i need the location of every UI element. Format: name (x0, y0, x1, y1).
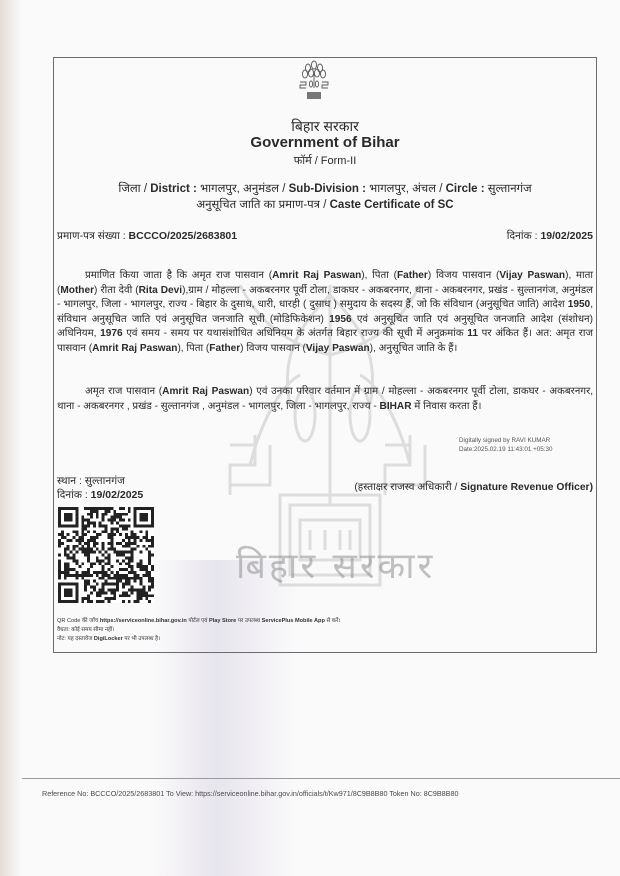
certificate-number-label: प्रमाण-पत्र संख्या : (57, 230, 129, 242)
note-text: पोर्टल एवं (187, 618, 209, 624)
certificate-type-hindi: अनुसूचित जाति का प्रमाण-पत्र / (196, 199, 329, 211)
form-label: फॉर्म / Form-II (53, 153, 597, 168)
location-line: जिला / District : भागलपुर, अनुमंडल / Sub… (53, 181, 597, 196)
app-name: ServicePlus Mobile App (262, 618, 325, 624)
circle-label-en: Circle : (446, 183, 485, 195)
signature-officer-label: (हस्ताक्षर राजस्व अधिकारी / Signature Re… (354, 480, 593, 494)
certificate-type-english: Caste Certificate of SC (330, 199, 454, 211)
district-label-en: District : (150, 183, 197, 195)
qr-verification-note: QR Code की जाँच https://serviceonline.bi… (57, 617, 340, 625)
digital-signature-date: Date:2025.02.19 11:43:01 +05:30 (459, 446, 553, 455)
subdivision-label-hi: अनुमंडल / (243, 183, 289, 195)
certification-paragraph: प्रमाणित किया जाता है कि अमृत राज पासवान… (57, 269, 593, 357)
issue-date-value: 19/02/2025 (540, 230, 593, 242)
place-label: स्थान : (57, 475, 85, 487)
place-value: सुल्तानगंज (85, 475, 125, 487)
district-label-hi: जिला / (118, 183, 150, 195)
qr-code-icon[interactable] (58, 507, 154, 603)
circle-value: सुल्तानगंज (485, 183, 532, 195)
subdivision-label-en: Sub-Division : (289, 183, 366, 195)
govt-title-english: Government of Bihar (53, 134, 597, 151)
place-date-label: दिनांक : (57, 489, 91, 501)
paper-edge-stain (0, 0, 22, 876)
verification-url[interactable]: https://serviceonline.bihar.gov.in (100, 618, 187, 624)
certificate-type: अनुसूचित जाति का प्रमाण-पत्र / Caste Cer… (53, 197, 597, 212)
certificate-number: प्रमाण-पत्र संख्या : BCCCO/2025/2683801 (57, 229, 237, 243)
note-text: से करें। (325, 618, 341, 624)
digilocker-label: DigiLocker (94, 636, 123, 642)
signature-label-english: Signature Revenue Officer) (460, 482, 593, 493)
note-text: पर भी उपलब्ध है। (123, 636, 160, 642)
district-value: भागलपुर, (197, 183, 243, 195)
play-store-label: Play Store (209, 618, 236, 624)
issue-date-label: दिनांक : (507, 230, 541, 242)
circle-label-hi: अंचल / (412, 183, 445, 195)
note-text: नोट: यह दस्तावेज (57, 636, 94, 642)
note-text: QR Code की जाँच (57, 618, 100, 624)
place-date-value: 19/02/2025 (91, 489, 144, 501)
signature-label-hindi: (हस्ताक्षर राजस्व अधिकारी / (354, 482, 460, 493)
subdivision-value: भागलपुर, (366, 183, 412, 195)
certificate-number-value: BCCCO/2025/2683801 (129, 230, 238, 242)
digital-signature-signer: Digitally signed by RAVI KUMAR (459, 437, 553, 446)
footer-divider (22, 778, 620, 779)
validity-note: वैधता: कोई समय सीमा नहीं। (57, 626, 115, 634)
watermark-text: बिहार सरकार (236, 540, 435, 589)
place-date: दिनांक : 19/02/2025 (57, 488, 143, 502)
residence-paragraph: अमृत राज पासवान (Amrit Raj Paswan) एवं उ… (57, 385, 593, 414)
digilocker-note: नोट: यह दस्तावेज DigiLocker पर भी उपलब्ध… (57, 635, 160, 643)
place: स्थान : सुल्तानगंज (57, 474, 125, 488)
footer-reference: Reference No: BCCCO/2025/2683801 To View… (42, 789, 458, 798)
bihar-emblem-icon (296, 60, 332, 104)
note-text: पर उपलब्ध (236, 618, 261, 624)
issue-date: दिनांक : 19/02/2025 (507, 229, 593, 243)
digital-signature-block: Digitally signed by RAVI KUMAR Date:2025… (459, 437, 553, 454)
